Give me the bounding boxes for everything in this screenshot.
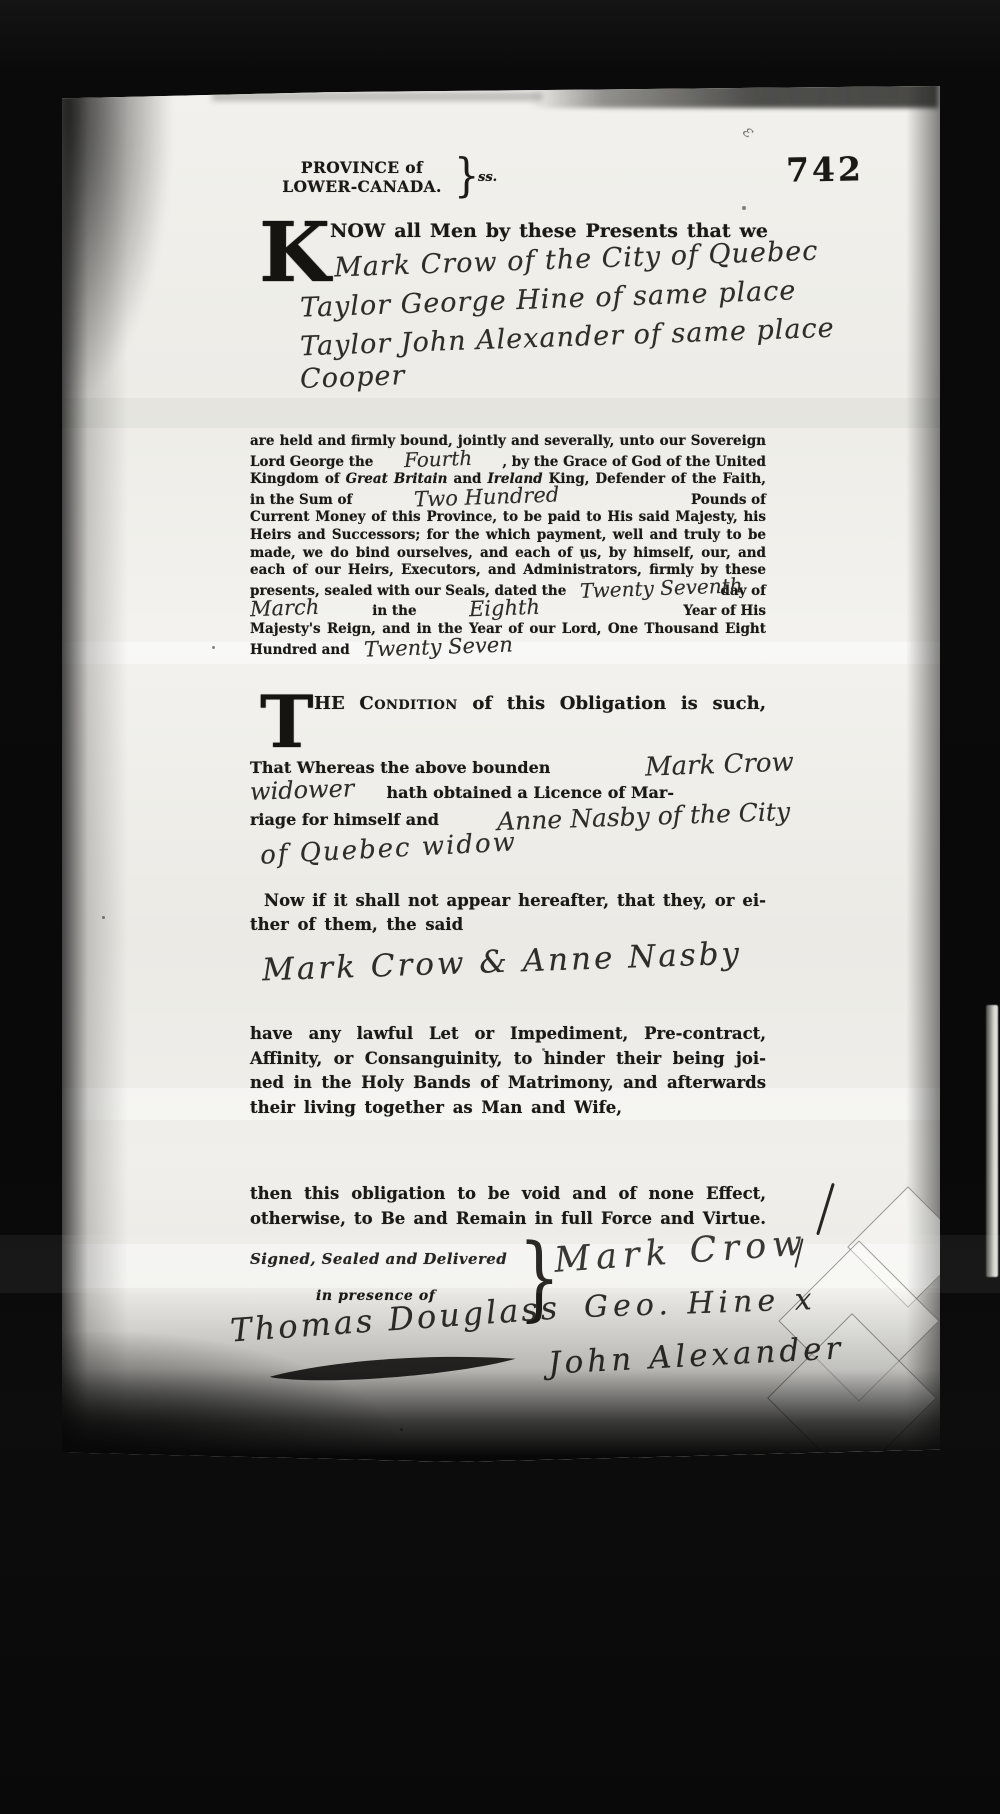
jurat-brace: } bbox=[454, 148, 479, 202]
bond-line: Marchin theEighthYear of His bbox=[250, 600, 766, 621]
condition-line: ther of them, the said bbox=[250, 915, 463, 934]
condition-heading: HE Condition of this Obligation is such, bbox=[314, 693, 766, 714]
hw-couple-names: Mark Crow & Anne Nasby bbox=[262, 936, 743, 989]
bond-text: in the Sum of bbox=[250, 492, 352, 510]
top-edge-smudge bbox=[212, 92, 542, 101]
scan-band bbox=[62, 398, 940, 428]
void-paragraph: then this obligation to be void and of n… bbox=[250, 1182, 766, 1231]
dropcap-K: K bbox=[259, 212, 330, 294]
bond-line: Lord George theFourth, by the Grace of G… bbox=[250, 451, 766, 472]
condition-heading-smallcaps: Condition bbox=[359, 693, 457, 714]
hw-bride-residence: of Quebec widow bbox=[259, 827, 517, 870]
scanned-document: ɛ PROVINCE of LOWER-CANADA. } ss. 742 K … bbox=[0, 0, 1000, 1814]
condition-heading-text: of this Obligation is such, bbox=[458, 693, 766, 714]
bond-paragraph: are held and firmly bound, jointly and s… bbox=[250, 433, 766, 659]
condition-heading-text: HE bbox=[314, 693, 359, 714]
bond-text-italic: Great Britain bbox=[346, 471, 448, 487]
top-edge-smudge bbox=[530, 82, 938, 108]
bottom-left-fade bbox=[62, 1332, 402, 1462]
ink-speck bbox=[212, 646, 215, 649]
bond-text: Year of His bbox=[683, 603, 766, 621]
condition-line: Now if it shall not appear hereafter, th… bbox=[250, 891, 766, 910]
condition-line: otherwise, to Be and Remain in full Forc… bbox=[250, 1207, 766, 1232]
hw-sum: Two Hundred bbox=[414, 486, 560, 509]
condition-line: have any lawful Let or Impediment, Pre-c… bbox=[250, 1022, 766, 1047]
bond-text: King, Defender of the Faith, bbox=[543, 471, 766, 487]
condition-line: Affinity, or Consanguinity, to hinder th… bbox=[250, 1047, 766, 1072]
bond-text: Pounds of bbox=[691, 492, 766, 510]
handwritten-parties-line: Cooper bbox=[299, 360, 405, 395]
bond-line: Heirs and Successors; for the which paym… bbox=[250, 527, 766, 545]
bond-text: in the bbox=[372, 603, 416, 621]
bond-line: in the Sum ofTwo HundredPounds of bbox=[250, 489, 766, 510]
ink-speck bbox=[102, 916, 105, 919]
jurisdiction-line-2: LOWER-CANADA. bbox=[267, 177, 457, 196]
condition-line: their living together as Man and Wife, bbox=[250, 1096, 766, 1121]
pen-slash bbox=[816, 1183, 834, 1235]
bond-line: made, we do bind ourselves, and each of … bbox=[250, 545, 766, 563]
dropcap-T: T bbox=[260, 686, 314, 758]
bond-line: Current Money of this Province, to be pa… bbox=[250, 509, 766, 527]
scanner-light-band bbox=[0, 1235, 1000, 1293]
bond-text: , by the Grace of God of the United bbox=[502, 454, 766, 472]
ink-speck bbox=[742, 206, 746, 210]
hw-day: Twenty Seventh bbox=[580, 577, 743, 600]
bond-text: Lord George the bbox=[250, 454, 373, 472]
condition-text: hath obtained a Licence of Mar- bbox=[387, 783, 674, 802]
bond-line: are held and firmly bound, jointly and s… bbox=[250, 433, 766, 451]
condition-text: riage for himself and bbox=[250, 810, 439, 829]
bond-line: Hundred andTwenty Seven bbox=[250, 639, 766, 660]
jurisdiction-line-1: PROVINCE of bbox=[267, 158, 457, 177]
hw-year: Twenty Seven bbox=[363, 636, 512, 659]
hw-month: March bbox=[250, 599, 320, 619]
jurisdiction-caption: PROVINCE of LOWER-CANADA. bbox=[267, 158, 457, 196]
paper-corner-shadow bbox=[62, 86, 182, 426]
impediment-paragraph: have any lawful Let or Impediment, Pre-c… bbox=[250, 1022, 766, 1120]
page-number: 742 bbox=[786, 149, 865, 189]
pen-squiggle: ɛ bbox=[739, 121, 759, 142]
bond-text: Kingdom of bbox=[250, 471, 346, 487]
condition-text: That Whereas the above bounden bbox=[250, 758, 550, 777]
hw-regnal-name: Fourth bbox=[403, 449, 472, 469]
hw-bride-name: Anne Nasby of the City bbox=[496, 797, 790, 836]
bond-text: Hundred and bbox=[250, 642, 350, 660]
condition-line: ned in the Holy Bands of Matrimony, and … bbox=[250, 1071, 766, 1096]
hw-regnal-year: Eighth bbox=[469, 599, 541, 619]
jurat-ss-label: ss. bbox=[478, 170, 497, 185]
condition-line: then this obligation to be void and of n… bbox=[250, 1182, 766, 1207]
